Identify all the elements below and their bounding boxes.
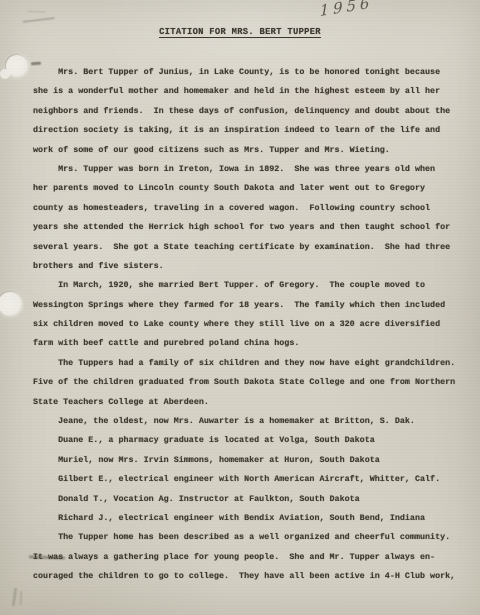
document-body: Mrs. Bert Tupper of Junius, in Lake Coun… [33,63,463,587]
document-page: 1956 CITATION FOR MRS. BERT TUPPER Mrs. … [0,0,480,615]
typed-line: Muriel, now Mrs. Irvin Simmons, homemake… [33,451,463,470]
typed-line: Mrs. Tupper was born in Ireton, Iowa in … [33,160,463,179]
typed-line: neighbors and friends. In these days of … [33,102,463,121]
typed-line: Gilbert E., electrical engineer with Nor… [33,470,463,489]
typed-line: Richard J., electrical engineer with Ben… [33,509,463,528]
typed-line: direction society is taking, it is an in… [33,121,463,140]
typed-line: Mrs. Bert Tupper of Junius, in Lake Coun… [33,63,463,82]
typed-line: farm with beef cattle and purebred polan… [33,334,463,353]
typed-line: The Tupper home has been described as a … [33,528,463,547]
typed-line: work of some of our good citizens such a… [33,141,463,160]
hole-punch [0,292,22,316]
typed-line: The Tuppers had a family of six children… [33,354,463,373]
typed-line: Jeane, the oldest, now Mrs. Auwarter is … [33,412,463,431]
typed-line: State Teachers College at Aberdeen. [33,393,463,412]
typed-line: Duane E., a pharmacy graduate is located… [33,431,463,450]
typed-line: she is a wonderful mother and homemaker … [33,82,463,101]
document-title: CITATION FOR MRS. BERT TUPPER [0,27,480,37]
typed-line: It was always a gathering place for youn… [33,548,463,567]
typed-line: county as homesteaders, traveling in a c… [33,199,463,218]
pencil-mark [12,588,17,606]
typed-line: Donald T., Vocation Ag. Instructor at Fa… [33,490,463,509]
typed-line: her parents moved to Lincoln county Sout… [33,179,463,198]
typed-line: several years. She got a State teaching … [33,238,463,257]
typed-line: couraged the children to go to college. … [33,567,463,586]
typed-line: years she attended the Herrick high scho… [33,218,463,237]
typed-line: brothers and five sisters. [33,257,463,276]
handwritten-year: 1956 [320,0,380,20]
pencil-scribble [21,7,54,23]
typed-line: Wessington Springs where they farmed for… [33,296,463,315]
typed-line: In March, 1920, she married Bert Tupper.… [33,276,463,295]
typed-line: six children moved to Lake county where … [33,315,463,334]
typed-line: Five of the children graduated from Sout… [33,373,463,392]
hole-punch [6,55,28,77]
